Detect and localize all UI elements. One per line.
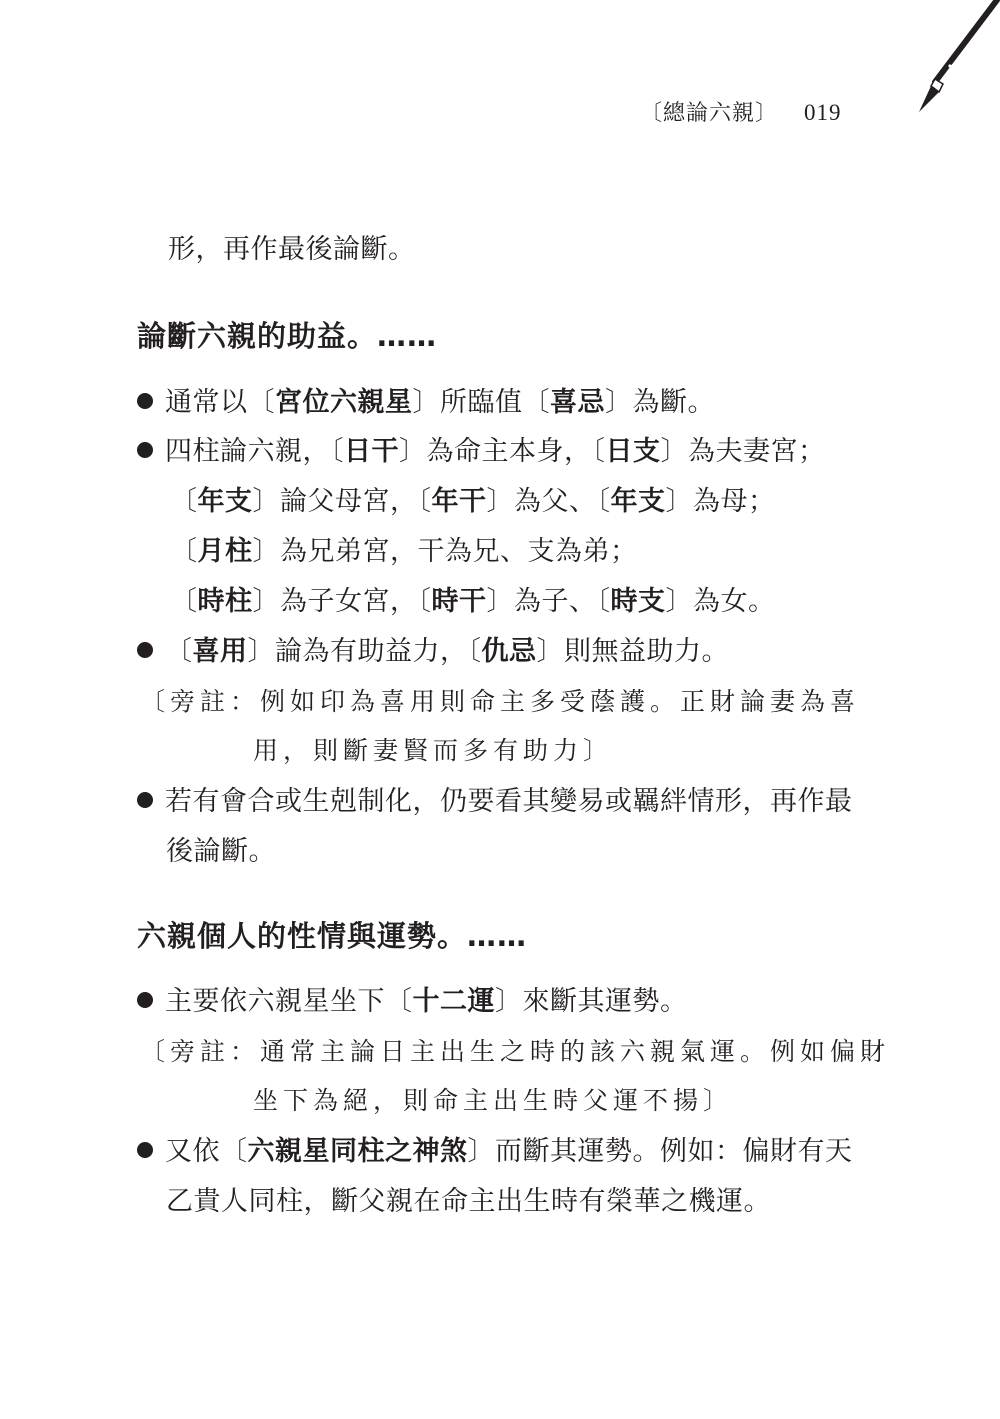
section-heading-2: 六親個人的性情與運勢。…… xyxy=(137,922,527,951)
side-note-continuation: 坐下為絕，則命主出生時父運不揚〕 xyxy=(253,1088,733,1113)
list-item-continuation: 後論斷。 xyxy=(166,838,276,865)
list-item-continuation: 〔年支〕論父母宮，〔年干〕為父、〔年支〕為母； xyxy=(170,488,776,515)
bullet-icon xyxy=(137,992,153,1008)
list-item: 主要依六親星坐下〔十二運〕來斷其運勢。 xyxy=(137,988,688,1015)
list-item: 若有會合或生剋制化，仍要看其變易或羈絆情形，再作最 xyxy=(137,788,853,815)
bullet-icon xyxy=(137,1142,153,1158)
bullet-icon xyxy=(137,642,153,658)
side-note-continuation: 用，則斷妻賢而多有助力〕 xyxy=(253,738,613,763)
list-item: 〔喜用〕論為有助益力，〔仇忌〕則無益助力。 xyxy=(137,638,729,665)
list-item-continuation: 〔月柱〕為兄弟宮，干為兄、支為弟； xyxy=(170,538,638,565)
bullet-icon xyxy=(137,442,153,458)
running-header: 〔總論六親〕019 xyxy=(640,96,842,127)
section-heading-1: 論斷六親的助益。…… xyxy=(137,322,437,351)
list-item: 又依〔六親星同柱之神煞〕而斷其運勢。例如：偏財有天 xyxy=(137,1138,853,1165)
side-note: 〔旁註：例如印為喜用則命主多受蔭護。正財論妻為喜 xyxy=(140,689,860,714)
calligraphy-brush-icon xyxy=(905,0,1000,115)
bullet-icon xyxy=(137,393,153,409)
bullet-icon xyxy=(137,792,153,808)
list-item: 通常以〔宮位六親星〕所臨值〔喜忌〕為斷。 xyxy=(137,389,715,416)
side-note: 〔旁註：通常主論日主出生之時的該六親氣運。例如偏財 xyxy=(140,1039,890,1064)
page-number: 019 xyxy=(804,100,842,125)
section-title: 〔總論六親〕 xyxy=(640,101,778,126)
continuation-text: 形，再作最後論斷。 xyxy=(168,236,416,263)
list-item-continuation: 乙貴人同柱，斷父親在命主出生時有榮華之機運。 xyxy=(166,1188,771,1215)
list-item-continuation: 〔時柱〕為子女宮，〔時干〕為子、〔時支〕為女。 xyxy=(170,588,776,615)
list-item: 四柱論六親，〔日干〕為命主本身，〔日支〕為夫妻宮； xyxy=(137,438,826,465)
